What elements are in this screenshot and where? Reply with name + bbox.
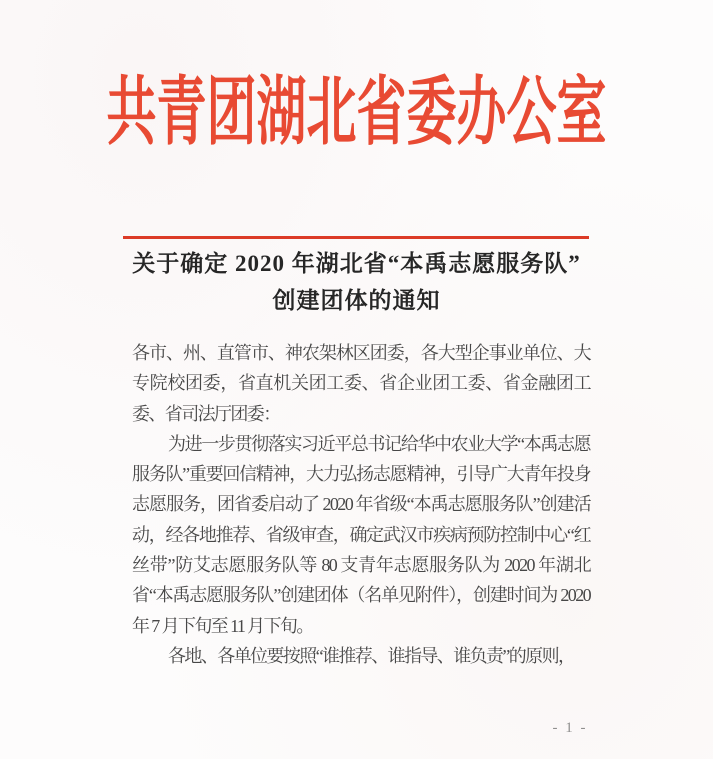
- document-title: 关于确定 2020 年湖北省“本禹志愿服务队” 创建团体的通知: [0, 245, 713, 319]
- paragraph-2: 各地、各单位要按照“谁推荐、谁指导、谁负责”的原则，: [132, 641, 590, 671]
- title-line-2: 创建团体的通知: [0, 282, 713, 319]
- paragraph-1: 为进一步贯彻落实习近平总书记给华中农业大学“本禹志愿服务队”重要回信精神，大力弘…: [132, 429, 590, 641]
- masthead-text: 共青团湖北省委办公室: [107, 49, 607, 175]
- recipients-line: 各市、州、直管市、神农架林区团委，各大型企事业单位、大专院校团委，省直机关团工委…: [132, 338, 590, 429]
- title-line-1: 关于确定 2020 年湖北省“本禹志愿服务队”: [0, 245, 713, 282]
- red-divider-line: [123, 236, 589, 239]
- document-body: 各市、州、直管市、神农架林区团委，各大型企事业单位、大专院校团委，省直机关团工委…: [132, 338, 590, 671]
- scanned-document-page: 共青团湖北省委办公室 关于确定 2020 年湖北省“本禹志愿服务队” 创建团体的…: [0, 0, 713, 759]
- masthead: 共青团湖北省委办公室: [0, 70, 713, 154]
- page-number: - 1 -: [539, 720, 601, 737]
